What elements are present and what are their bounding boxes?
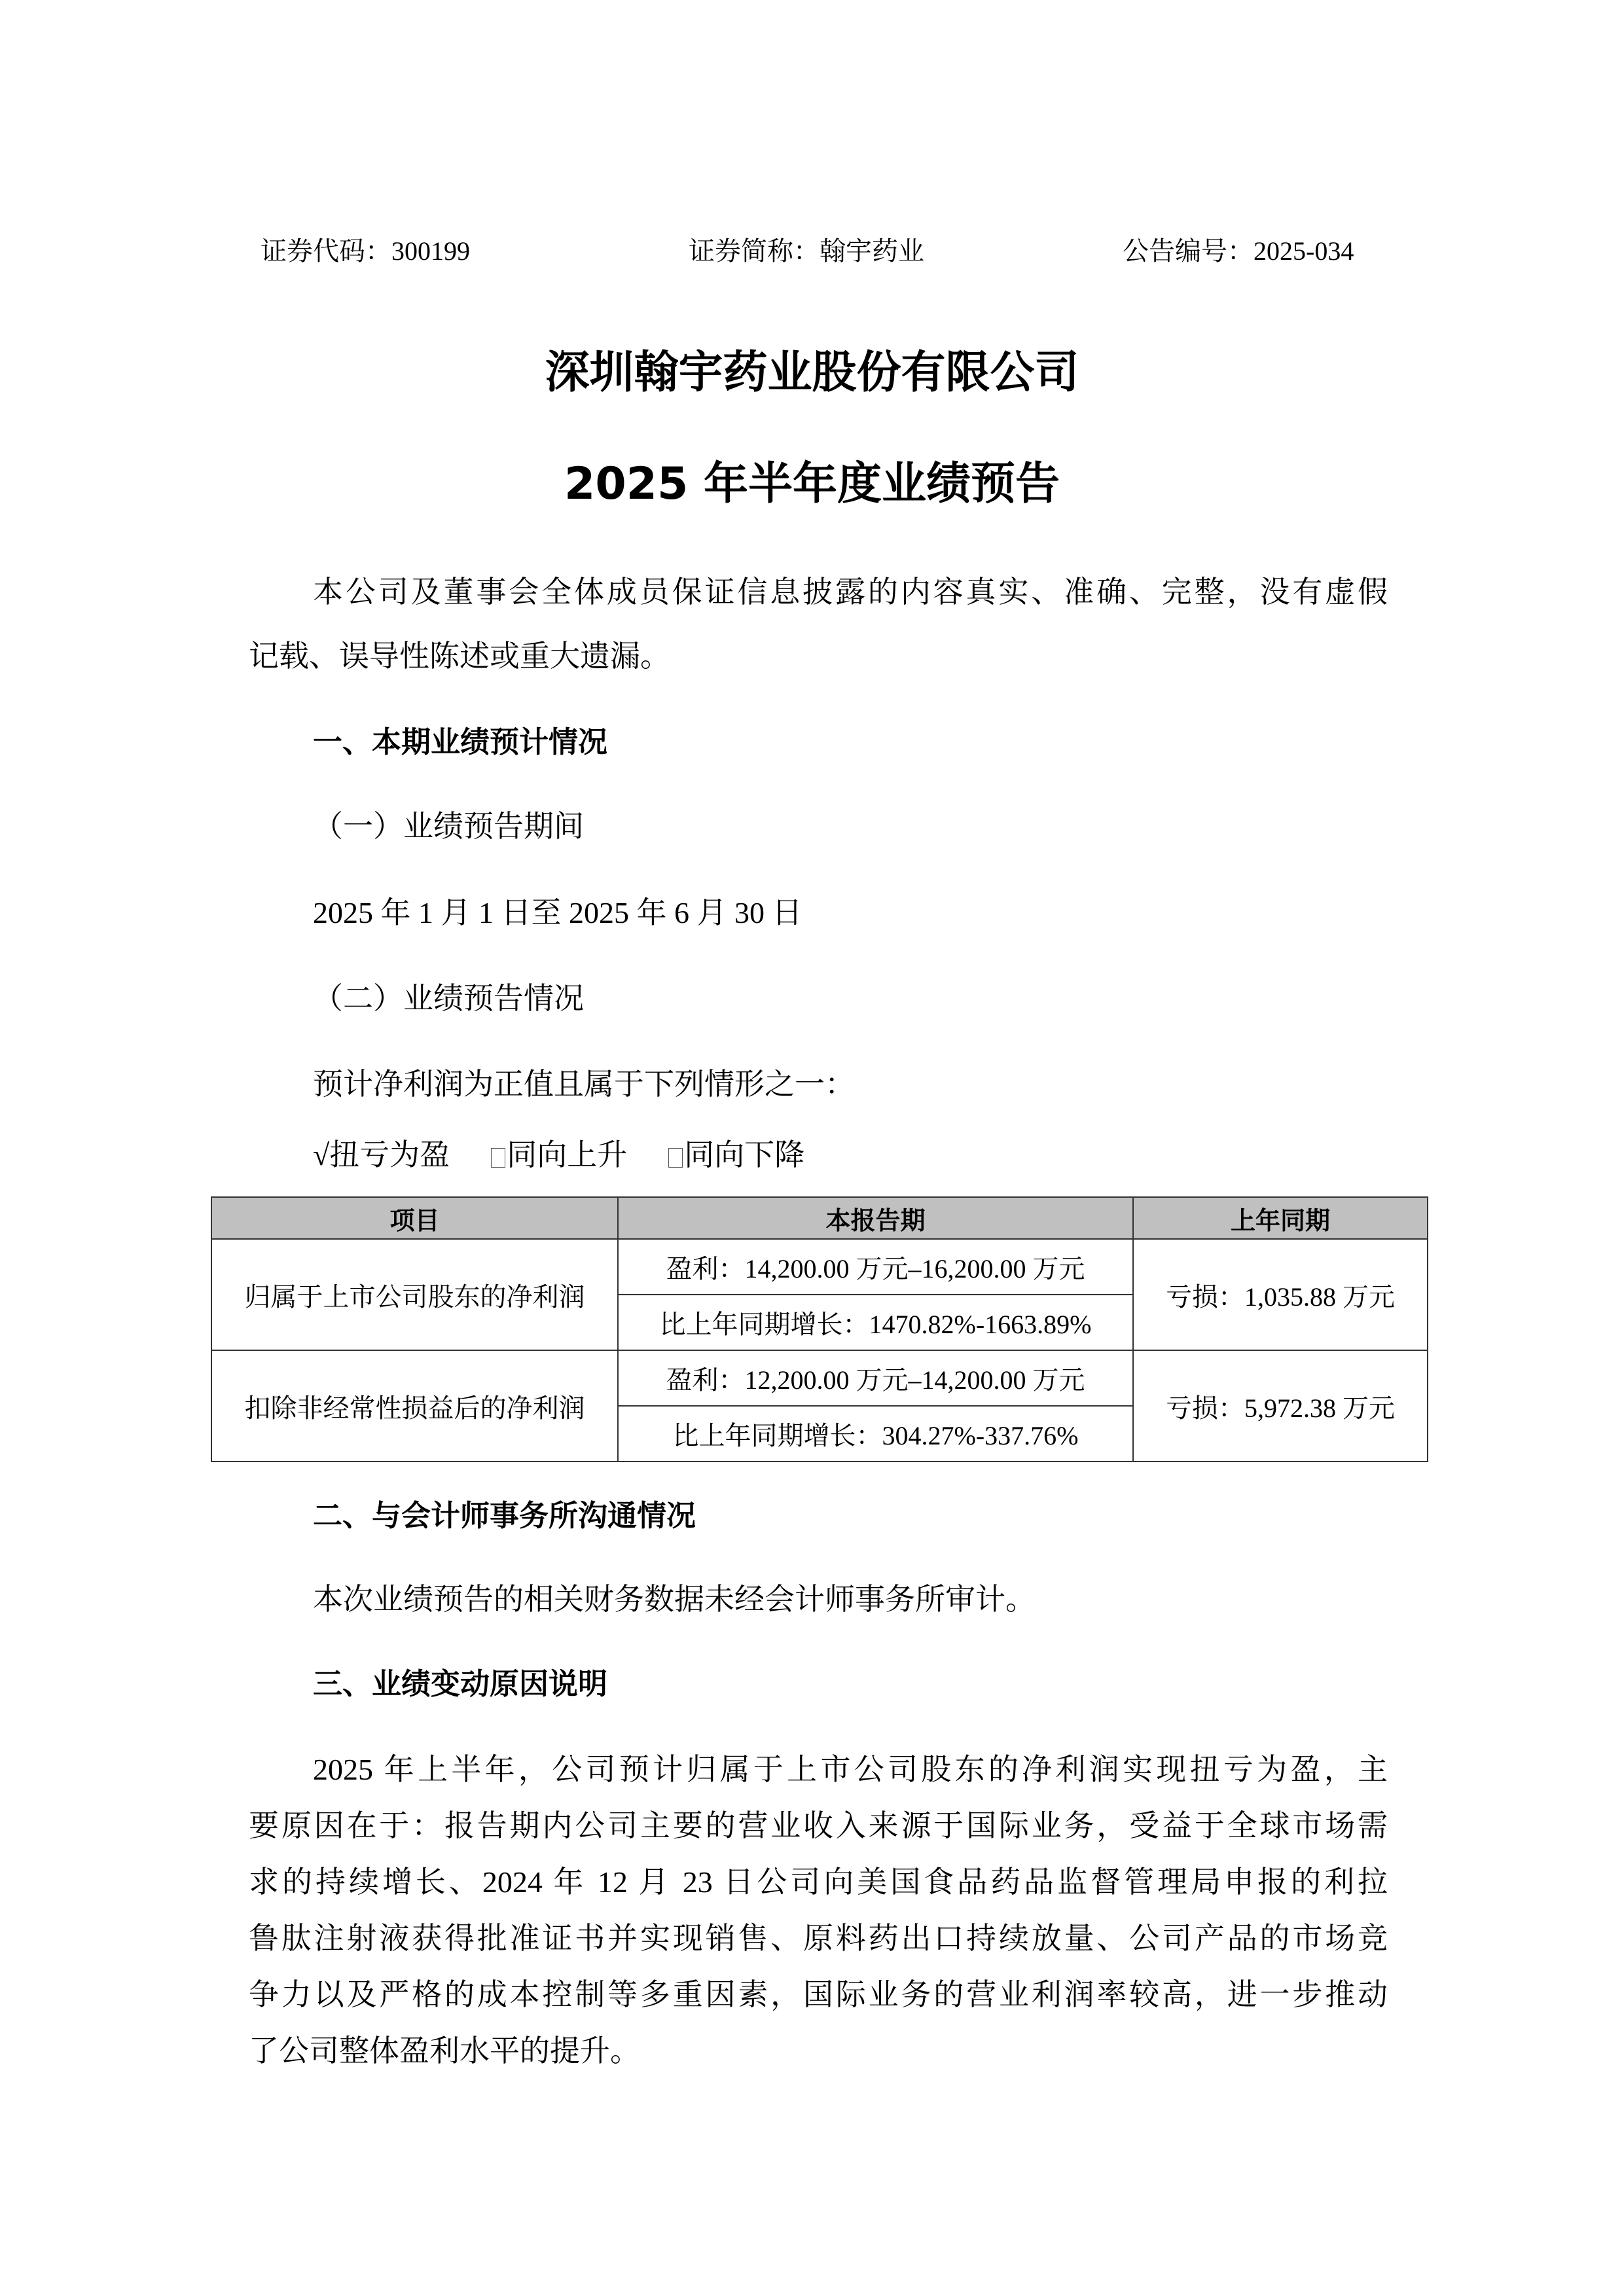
forecast-intro: 预计净利润为正值且属于下列情形之一：	[313, 1069, 855, 1100]
current-profit: 盈利：12,200.00 万元–14,200.00 万元	[618, 1350, 1133, 1406]
table-row: 扣除非经常性损益后的净利润 盈利：12,200.00 万元–14,200.00 …	[211, 1350, 1428, 1406]
forecast-type-options: √扭亏为盈 同向上升 同向下降	[313, 1140, 804, 1170]
prior-value: 亏损：5,972.38 万元	[1133, 1350, 1428, 1462]
table-header-row: 项目 本报告期 上年同期	[211, 1197, 1428, 1239]
check-mark-icon: √	[313, 1138, 329, 1172]
subsection-period-heading: （一）业绩预告期间	[313, 812, 584, 842]
option-decrease: 同向下降	[668, 1138, 804, 1172]
current-profit: 盈利：14,200.00 万元–16,200.00 万元	[618, 1239, 1133, 1295]
empty-checkbox-icon	[668, 1148, 683, 1168]
audit-statement: 本次业绩预告的相关财务数据未经会计师事务所审计。	[313, 1585, 1036, 1615]
header-item: 项目	[211, 1197, 618, 1239]
section-1-heading: 一、本期业绩预计情况	[313, 727, 607, 757]
section-2-heading: 二、与会计师事务所沟通情况	[313, 1501, 696, 1531]
section-3-heading: 三、业绩变动原因说明	[313, 1669, 607, 1699]
option-label: 扭亏为盈	[329, 1138, 450, 1172]
row-item: 归属于上市公司股东的净利润	[211, 1239, 618, 1350]
row-item: 扣除非经常性损益后的净利润	[211, 1350, 618, 1462]
forecast-period: 2025 年 1 月 1 日至 2025 年 6 月 30 日	[313, 898, 803, 928]
reason-line: 2025 年上半年，公司预计归属于上市公司股东的净利润实现扭亏为盈，主	[313, 1755, 1388, 1785]
forecast-table: 项目 本报告期 上年同期 归属于上市公司股东的净利润 盈利：14,200.00 …	[211, 1196, 1428, 1462]
stock-code: 证券代码：300199	[261, 230, 470, 268]
reason-line: 要原因在于：报告期内公司主要的营业收入来源于国际业务，受益于全球市场需	[249, 1811, 1388, 1841]
option-turnaround: √扭亏为盈	[313, 1138, 458, 1172]
current-growth: 比上年同期增长：304.27%-337.76%	[618, 1406, 1133, 1462]
company-title: 深圳翰宇药业股份有限公司	[0, 337, 1624, 401]
current-growth: 比上年同期增长：1470.82%-1663.89%	[618, 1295, 1133, 1350]
announcement-number: 公告编号：2025-034	[1123, 230, 1354, 268]
option-label: 同向下降	[684, 1138, 804, 1172]
table-row: 归属于上市公司股东的净利润 盈利：14,200.00 万元–16,200.00 …	[211, 1239, 1428, 1295]
empty-checkbox-icon	[491, 1148, 505, 1168]
report-title: 2025 年半年度业绩预告	[0, 448, 1624, 512]
stock-name: 证券简称：翰宇药业	[689, 230, 924, 268]
header-prior-period: 上年同期	[1133, 1197, 1428, 1239]
statement-line-1: 本公司及董事会全体成员保证信息披露的内容真实、准确、完整，没有虚假	[313, 577, 1388, 607]
reason-line: 鲁肽注射液获得批准证书并实现销售、原料药出口持续放量、公司产品的市场竞	[249, 1924, 1388, 1954]
reason-line: 求的持续增长、2024 年 12 月 23 日公司向美国食品药品监督管理局申报的…	[249, 1867, 1388, 1897]
header-current-period: 本报告期	[618, 1197, 1133, 1239]
reason-line: 争力以及严格的成本控制等多重因素，国际业务的营业利润率较高，进一步推动	[249, 1980, 1388, 2010]
prior-value: 亏损：1,035.88 万元	[1133, 1239, 1428, 1350]
option-increase: 同向上升	[491, 1138, 635, 1172]
option-label: 同向上升	[507, 1138, 627, 1172]
subsection-forecast-heading: （二）业绩预告情况	[313, 984, 584, 1014]
reason-line: 了公司整体盈利水平的提升。	[249, 2036, 640, 2066]
statement-line-2: 记载、误导性陈述或重大遗漏。	[249, 641, 670, 672]
